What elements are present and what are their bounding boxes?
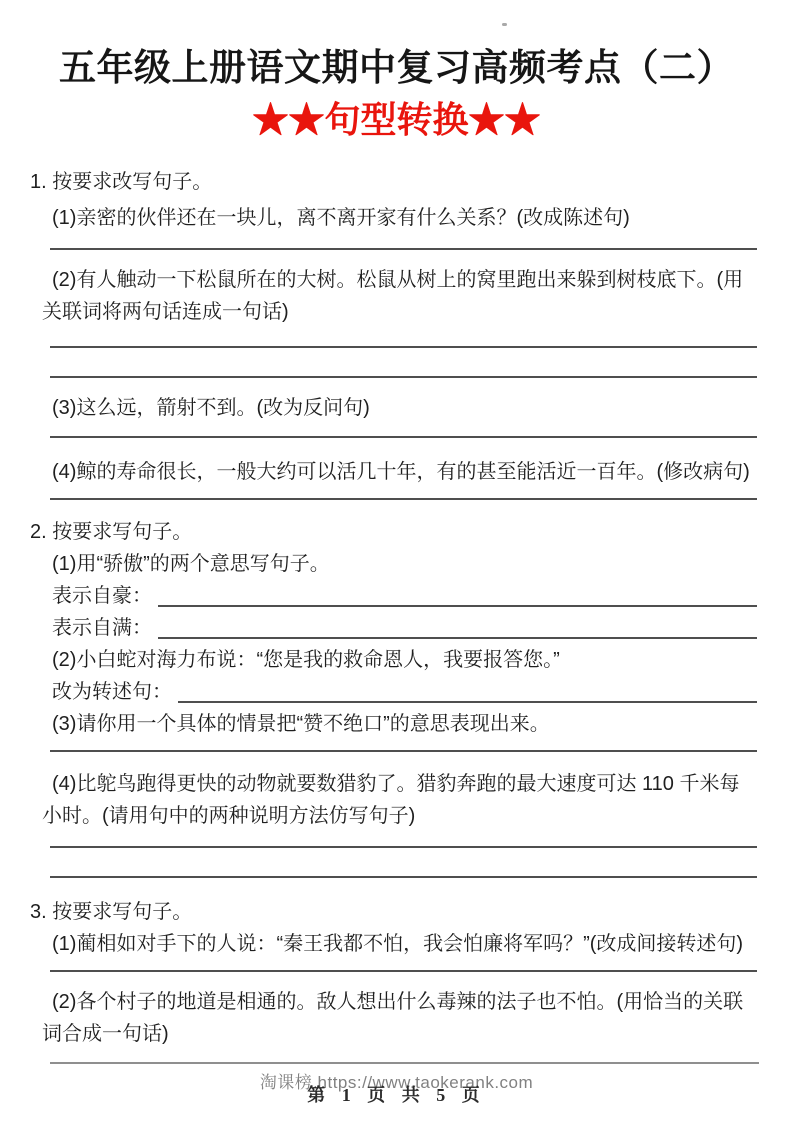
- question-2-3-text: (3)请你用一个具体的情景把“赞不绝口”的意思表现出来。: [42, 708, 754, 740]
- answer-line: [50, 970, 757, 972]
- question-2-2-text: (2)小白蛇对海力布说：“您是我的救命恩人，我要报答您。”: [42, 644, 754, 676]
- section-3: 3. 按要求写句子。 (1)蔺相如对手下的人说：“秦王我都不怕，我会怕廉将军吗？…: [0, 896, 793, 1050]
- answer-line: [178, 701, 757, 703]
- scan-artifact-dot: [502, 23, 507, 26]
- answer-line: [50, 846, 757, 848]
- page-title: 五年级上册语文期中复习高频考点（二）: [20, 46, 773, 90]
- section-banner: ★★句型转换★★: [0, 98, 793, 141]
- footer-divider: [50, 1062, 759, 1064]
- answer-line: [50, 376, 757, 378]
- labeled-answer-row: 表示自满：: [42, 612, 757, 644]
- worksheet-page: 五年级上册语文期中复习高频考点（二） ★★句型转换★★ 1. 按要求改写句子。 …: [0, 0, 793, 1122]
- answer-label-conceit: 表示自满：: [42, 612, 152, 644]
- answer-line: [50, 436, 757, 438]
- answer-line: [50, 248, 757, 250]
- answer-label-retell: 改为转述句：: [42, 676, 172, 708]
- answer-line: [50, 346, 757, 348]
- question-1-2-text: (2)有人触动一下松鼠所在的大树。松鼠从树上的窝里跑出来躲到树枝底下。(用关联词…: [42, 264, 754, 328]
- section-3-heading: 3. 按要求写句子。: [30, 896, 754, 928]
- section-2: 2. 按要求写句子。 (1)用“骄傲”的两个意思写句子。 表示自豪： 表示自满：…: [0, 516, 793, 878]
- page-number: 第 1 页 共 5 页: [0, 1081, 793, 1107]
- section-1: 1. 按要求改写句子。 (1)亲密的伙伴还在一块儿，离不离开家有什么关系？(改成…: [0, 166, 793, 500]
- answer-line: [158, 637, 757, 639]
- section-2-heading: 2. 按要求写句子。: [30, 516, 754, 548]
- question-1-3-text: (3)这么远，箭射不到。(改为反问句): [42, 392, 754, 424]
- question-2-1-text: (1)用“骄傲”的两个意思写句子。: [42, 548, 754, 580]
- answer-line: [158, 605, 757, 607]
- question-1-4-text: (4)鲸的寿命很长，一般大约可以活几十年，有的甚至能活近一百年。(修改病句): [42, 456, 754, 488]
- section-1-heading: 1. 按要求改写句子。: [30, 166, 754, 198]
- answer-line: [50, 750, 757, 752]
- labeled-answer-row: 改为转述句：: [42, 676, 757, 708]
- question-3-2-text: (2)各个村子的地道是相通的。敌人想出什么毒辣的法子也不怕。(用恰当的关联词合成…: [42, 986, 754, 1050]
- answer-line: [50, 876, 757, 878]
- question-1-1-text: (1)亲密的伙伴还在一块儿，离不离开家有什么关系？(改成陈述句): [42, 202, 754, 234]
- answer-label-pride: 表示自豪：: [42, 580, 152, 612]
- answer-line: [50, 498, 757, 500]
- labeled-answer-row: 表示自豪：: [42, 580, 757, 612]
- question-3-1-text: (1)蔺相如对手下的人说：“秦王我都不怕，我会怕廉将军吗？”(改成间接转述句): [42, 928, 754, 960]
- question-2-4-text: (4)比鸵鸟跑得更快的动物就要数猎豹了。猎豹奔跑的最大速度可达 110 千米每小…: [42, 768, 754, 832]
